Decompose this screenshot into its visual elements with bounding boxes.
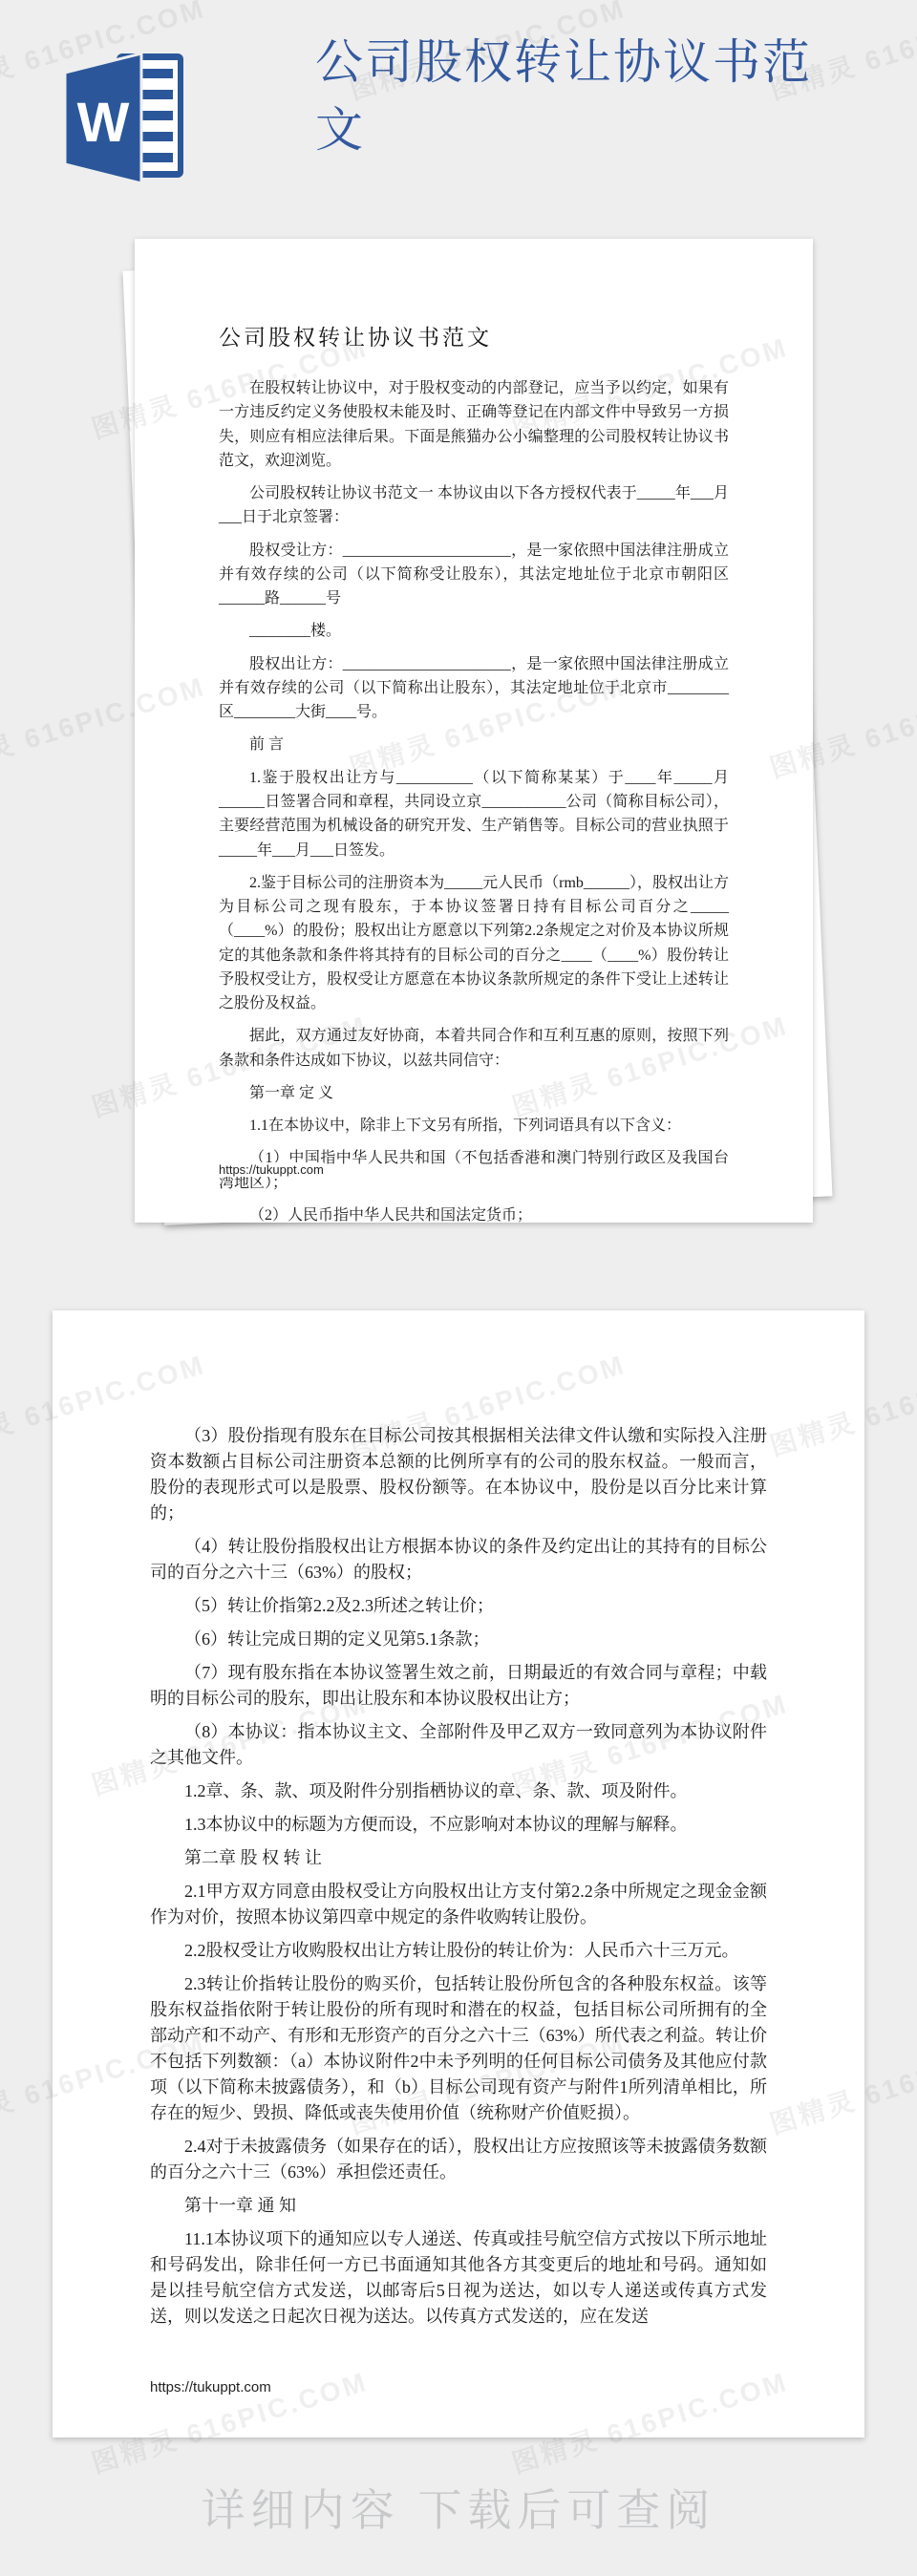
document-page-1[interactable]: 公司股权转让协议书范文 在股权转让协议中，对于股权变动的内部登记，应当予以约定，… (135, 239, 813, 1223)
page-canvas: W 公司股权转让协议书范文 公司股权转让协议书范文 在股权转让协议中，对于股权变… (0, 0, 917, 2576)
document-1-body: 在股权转让协议中，对于股权变动的内部登记，应当予以约定，如果有一方违反约定义务使… (219, 376, 729, 1223)
doc-paragraph: 2.4对于未披露债务（如果存在的话），股权出让方应按照该等未披露债务数额的百分之… (150, 2134, 767, 2185)
doc-paragraph: 2.3转让价指转让股份的购买价，包括转让股份所包含的各种股东权益。该等股东权益指… (150, 1971, 767, 2126)
doc-paragraph: 第一章 定 义 (219, 1081, 729, 1105)
tukuppt-link[interactable]: https://tukuppt.com (219, 1162, 324, 1177)
doc-paragraph: ________楼。 (219, 619, 729, 643)
doc-paragraph: 前 言 (219, 733, 729, 756)
doc-paragraph: 1.鉴于股权出让方与__________（以下简称某某）于____年_____月… (219, 766, 729, 862)
doc-paragraph: 第二章 股 权 转 让 (150, 1845, 767, 1871)
page-title: 公司股权转让协议书范文 (315, 29, 836, 164)
footer-note: 详细内容 下载后可查阅 (0, 2476, 917, 2539)
doc-paragraph: 2.1甲方双方同意由股权受让方向股权出让方支付第2.2条中所规定之现金金额作为对… (150, 1879, 767, 1930)
tukuppt-link[interactable]: https://tukuppt.com (150, 2379, 271, 2395)
doc-paragraph: 据此，双方通过友好协商，本着共同合作和互利互惠的原则，按照下列条款和条件达成如下… (219, 1024, 729, 1073)
doc-paragraph: （5）转让价指第2.2及2.3所述之转让价； (150, 1593, 767, 1619)
doc-paragraph: 股权受让方：______________________，是一家依照中国法律注册… (219, 539, 729, 611)
doc-paragraph: 第十一章 通 知 (150, 2193, 767, 2219)
document-2-body: （3）股份指现有股东在目标公司按其根据相关法律文件认缴和实际投入注册资本数额占目… (150, 1423, 767, 2330)
document-title: 公司股权转让协议书范文 (219, 320, 729, 351)
doc-paragraph: 股权出让方：______________________，是一家依照中国法律注册… (219, 652, 729, 725)
doc-paragraph: （8）本协议：指本协议主文、全部附件及甲乙双方一致同意列为本协议附件之其他文件。 (150, 1719, 767, 1771)
doc-paragraph: （4）转让股份指股权出让方根据本协议的条件及约定出让的其持有的目标公司的百分之六… (150, 1534, 767, 1586)
doc-paragraph: 11.1本协议项下的通知应以专人递送、传真或挂号航空信方式按以下所示地址和号码发… (150, 2226, 767, 2330)
doc-paragraph: 在股权转让协议中，对于股权变动的内部登记，应当予以约定，如果有一方违反约定义务使… (219, 376, 729, 473)
doc-paragraph: （6）转让完成日期的定义见第5.1条款； (150, 1627, 767, 1652)
doc-paragraph: 2.鉴于目标公司的注册资本为_____元人民币（rmb______），股权出让方… (219, 871, 729, 1016)
doc-paragraph: 1.3本协议中的标题为方便而设，不应影响对本协议的理解与解释。 (150, 1812, 767, 1838)
document-page-2[interactable]: （3）股份指现有股东在目标公司按其根据相关法律文件认缴和实际投入注册资本数额占目… (53, 1310, 864, 2438)
doc-paragraph: （3）股份指现有股东在目标公司按其根据相关法律文件认缴和实际投入注册资本数额占目… (150, 1423, 767, 1526)
svg-text:W: W (77, 92, 130, 154)
doc-paragraph: 2.2股权受让方收购股权出让方转让股份的转让价为：人民币六十三万元。 (150, 1938, 767, 1964)
doc-paragraph: （2）人民币指中华人民共和国法定货币； (219, 1203, 729, 1223)
doc-paragraph: 公司股权转让协议书范文一 本协议由以下各方授权代表于_____年___月___日… (219, 481, 729, 530)
doc-paragraph: 1.1在本协议中，除非上下文另有所指，下列词语具有以下含义： (219, 1114, 729, 1138)
doc-paragraph: 1.2章、条、款、项及附件分别指栖协议的章、条、款、项及附件。 (150, 1778, 767, 1804)
word-icon: W (63, 48, 189, 189)
doc-paragraph: （7）现有股东指在本协议签署生效之前，日期最近的有效合同与章程；中载明的目标公司… (150, 1660, 767, 1712)
